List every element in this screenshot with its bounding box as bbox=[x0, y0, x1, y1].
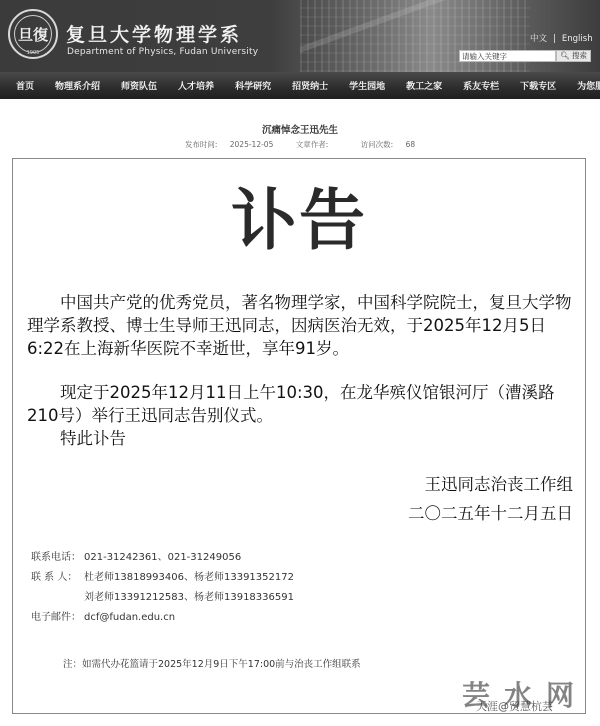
watermark: 芸水网 天涯@贸慧杭芸 bbox=[462, 678, 592, 720]
persons-line-1: 杜老师13818993406、杨老师13391352172 bbox=[84, 572, 294, 583]
nav-item-services[interactable]: 为您服务 bbox=[577, 79, 600, 92]
search-button-label: 搜索 bbox=[572, 51, 587, 60]
site-subtitle: Department of Physics, Fudan University bbox=[67, 47, 258, 57]
signature-org: 王迅同志治丧工作组 bbox=[425, 471, 574, 495]
nav-item-about[interactable]: 物理系介绍 bbox=[55, 79, 100, 92]
flower-basket-note: 注：如需代办花篮请于2025年12月9日下午17:00前与治丧工作组联系 bbox=[63, 656, 361, 670]
nav-item-downloads[interactable]: 下载专区 bbox=[520, 79, 556, 92]
view-count: 访问次数: 68 bbox=[356, 140, 420, 149]
person-label: 联 系 人： bbox=[31, 568, 84, 588]
watermark-credit: 天涯@贸慧杭芸 bbox=[476, 698, 553, 714]
contact-phone-row: 联系电话：021-31242361、021-31249056 bbox=[31, 548, 294, 568]
search-form: 🔍︎ 搜索 bbox=[459, 50, 591, 62]
notice-paragraph-3: 特此讣告 bbox=[27, 427, 579, 450]
notice-paragraph-1: 中国共产党的优秀党员，著名物理学家，中国科学院院士，复旦大学物理学系教授、博士生… bbox=[27, 291, 579, 360]
obituary-notice: 讣告 中国共产党的优秀党员，著名物理学家，中国科学院院士，复旦大学物理学系教授、… bbox=[12, 158, 586, 714]
nav-item-faculty[interactable]: 师资队伍 bbox=[121, 79, 157, 92]
article-author: 文章作者: bbox=[291, 140, 346, 149]
nav-item-students[interactable]: 学生园地 bbox=[349, 79, 385, 92]
language-switcher: 中文|English bbox=[527, 32, 596, 44]
persons-line-2: 刘老师13391212583、杨老师13918336591 bbox=[84, 592, 294, 603]
main-nav: 首页 物理系介绍 师资队伍 人才培养 科学研究 招贤纳士 学生园地 教工之家 系… bbox=[0, 72, 600, 99]
nav-item-recruitment[interactable]: 招贤纳士 bbox=[292, 79, 328, 92]
search-button[interactable]: 🔍︎ 搜索 bbox=[556, 50, 591, 62]
contact-info: 联系电话：021-31242361、021-31249056 联 系 人：杜老师… bbox=[31, 548, 294, 628]
contact-person-row-2: 刘老师13391212583、杨老师13918336591 bbox=[31, 588, 294, 608]
phone-value: 021-31242361、021-31249056 bbox=[84, 552, 241, 563]
nav-item-education[interactable]: 人才培养 bbox=[178, 79, 214, 92]
logo-emblem: 旦復 bbox=[14, 15, 52, 53]
search-icon: 🔍︎ bbox=[560, 51, 570, 60]
site-header: 旦復 1905 复旦大学物理学系 Department of Physics, … bbox=[0, 0, 600, 72]
search-input[interactable] bbox=[459, 50, 556, 62]
contact-person-row: 联 系 人：杜老师13818993406、杨老师13391352172 bbox=[31, 568, 294, 588]
lang-en-link[interactable]: English bbox=[562, 34, 593, 44]
notice-paragraph-2: 现定于2025年12月11日上午10:30，在龙华殡仪馆银河厅（漕溪路210号）… bbox=[27, 381, 579, 427]
email-label: 电子邮件： bbox=[31, 608, 84, 628]
lang-separator: | bbox=[553, 34, 556, 44]
logo-year: 1905 bbox=[10, 50, 56, 56]
site-title[interactable]: 复旦大学物理学系 bbox=[66, 20, 242, 47]
contact-email-row: 电子邮件：dcf@fudan.edu.cn bbox=[31, 608, 294, 628]
article-meta: 发布时间: 2025-12-05 文章作者: 访问次数: 68 bbox=[0, 139, 600, 150]
phone-label: 联系电话： bbox=[31, 548, 84, 568]
university-logo[interactable]: 旦復 1905 bbox=[8, 9, 58, 59]
nav-item-staff[interactable]: 教工之家 bbox=[406, 79, 442, 92]
article-title: 沉痛悼念王迅先生 bbox=[0, 122, 600, 136]
publish-date: 发布时间: 2025-12-05 bbox=[180, 140, 279, 149]
lang-zh-link[interactable]: 中文 bbox=[530, 34, 547, 44]
notice-heading: 讣告 bbox=[13, 167, 585, 262]
nav-item-alumni[interactable]: 系友专栏 bbox=[463, 79, 499, 92]
nav-item-home[interactable]: 首页 bbox=[16, 79, 34, 92]
signature-date: 二〇二五年十二月五日 bbox=[408, 500, 573, 524]
email-link[interactable]: dcf@fudan.edu.cn bbox=[84, 612, 175, 623]
nav-item-research[interactable]: 科学研究 bbox=[235, 79, 271, 92]
